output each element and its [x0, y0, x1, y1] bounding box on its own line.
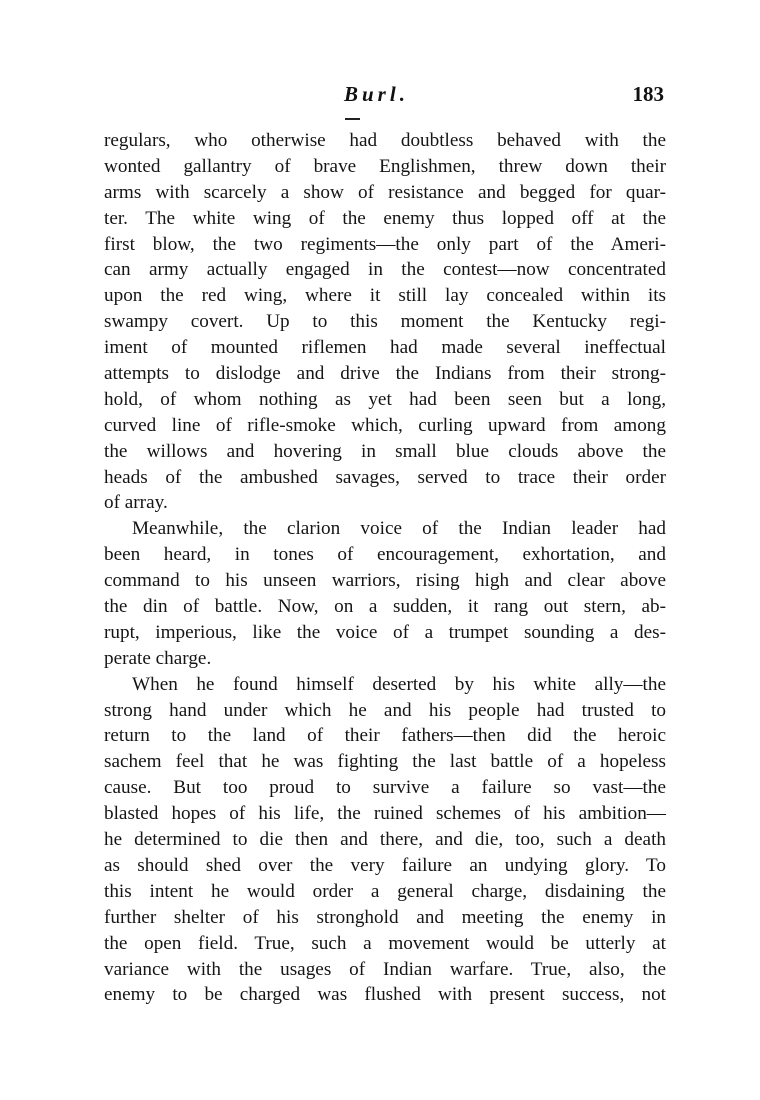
text-line: strong hand under which he and his peopl…: [104, 698, 666, 724]
text-line: the open field. True, such a movement wo…: [104, 931, 666, 957]
text-line: can army actually engaged in the contest…: [104, 257, 666, 283]
text-line: as should shed over the very failure an …: [104, 853, 666, 879]
book-page: Burl. 183 regulars, who otherwise had do…: [0, 0, 760, 1100]
body-text: regulars, who otherwise had doubtless be…: [104, 128, 666, 1008]
text-line: curved line of rifle-smoke which, curlin…: [104, 413, 666, 439]
text-line: iment of mounted riflemen had made sever…: [104, 335, 666, 361]
paragraph-end-line: of array.: [104, 490, 666, 516]
text-line: command to his unseen warriors, rising h…: [104, 568, 666, 594]
text-line: blasted hopes of his life, the ruined sc…: [104, 801, 666, 827]
text-line: the din of battle. Now, on a sudden, it …: [104, 594, 666, 620]
text-line: been heard, in tones of encouragement, e…: [104, 542, 666, 568]
page-number: 183: [633, 82, 665, 107]
text-line: further shelter of his stronghold and me…: [104, 905, 666, 931]
text-line: upon the red wing, where it still lay co…: [104, 283, 666, 309]
text-line: he determined to die then and there, and…: [104, 827, 666, 853]
text-line: rupt, imperious, like the voice of a tru…: [104, 620, 666, 646]
running-head: Burl. 183: [104, 82, 664, 110]
text-line: heads of the ambushed savages, served to…: [104, 465, 666, 491]
text-line: hold, of whom nothing as yet had been se…: [104, 387, 666, 413]
text-line: attempts to dislodge and drive the India…: [104, 361, 666, 387]
paragraph-start-line: When he found himself deserted by his wh…: [104, 672, 666, 698]
text-line: variance with the usages of Indian warfa…: [104, 957, 666, 983]
text-line: regulars, who otherwise had doubtless be…: [104, 128, 666, 154]
header-rule: [345, 118, 360, 120]
text-line: return to the land of their fathers—then…: [104, 723, 666, 749]
text-line: swampy covert. Up to this moment the Ken…: [104, 309, 666, 335]
text-line: arms with scarcely a show of resistance …: [104, 180, 666, 206]
paragraph-start-line: Meanwhile, the clarion voice of the Indi…: [104, 516, 666, 542]
text-line: enemy to be charged was flushed with pre…: [104, 982, 666, 1008]
text-line: this intent he would order a general cha…: [104, 879, 666, 905]
text-line: first blow, the two regiments—the only p…: [104, 232, 666, 258]
text-line: ter. The white wing of the enemy thus lo…: [104, 206, 666, 232]
running-title: Burl.: [344, 82, 409, 107]
text-line: wonted gallantry of brave Englishmen, th…: [104, 154, 666, 180]
text-line: cause. But too proud to survive a failur…: [104, 775, 666, 801]
text-line: sachem feel that he was fighting the las…: [104, 749, 666, 775]
paragraph-end-line: perate charge.: [104, 646, 666, 672]
text-line: the willows and hovering in small blue c…: [104, 439, 666, 465]
